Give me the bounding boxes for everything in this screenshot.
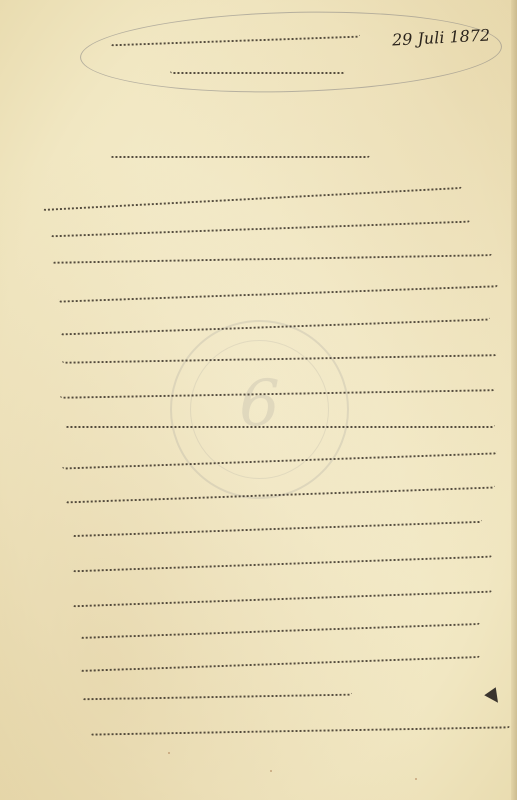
- paper-edge: [511, 0, 517, 800]
- salutation: [110, 148, 370, 158]
- stamp-mark: 6: [172, 367, 347, 441]
- paper-speck: [415, 778, 417, 780]
- paper-speck: [168, 752, 170, 754]
- heading-second-line: [170, 64, 345, 74]
- paper-speck: [270, 770, 272, 772]
- body-line-8: [65, 418, 495, 428]
- circular-stamp: 6: [170, 320, 349, 499]
